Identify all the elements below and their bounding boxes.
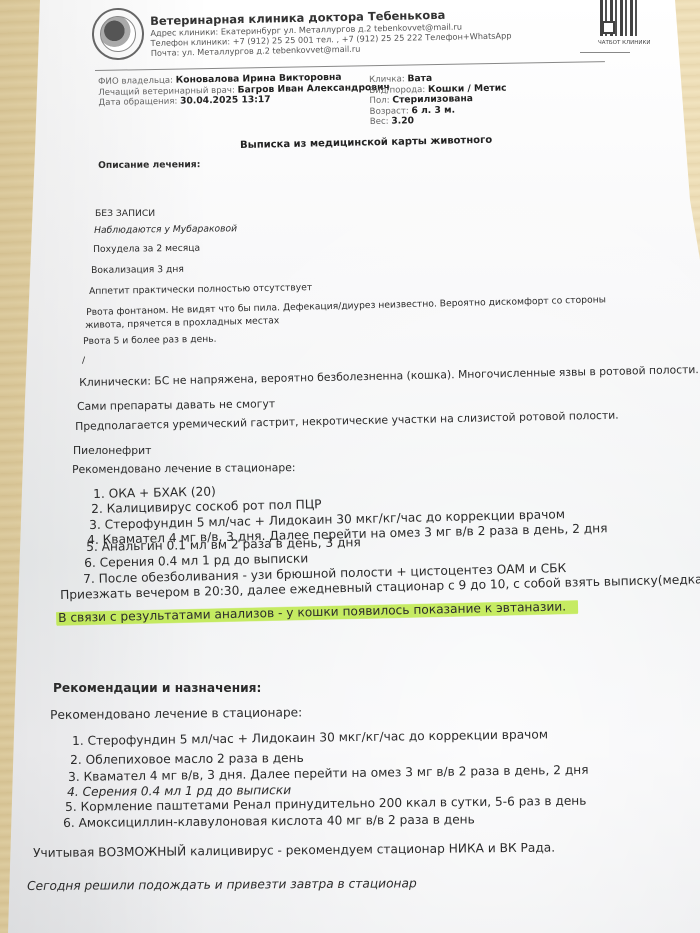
qr-caption: ЧАТБОТ КЛИНИКИ <box>598 40 651 46</box>
recommendation-item: 1. Стерофундин 5 мл/час + Лидокаин 30 мк… <box>72 727 548 748</box>
document-title: Выписка из медицинской карты животного <box>240 135 492 151</box>
highlighted-text: В связи с результатами анализов - у кошк… <box>56 598 578 627</box>
visit-date: 30.04.2025 13:17 <box>180 94 271 107</box>
divider <box>580 52 630 53</box>
recommendation-item: 4. Серения 0.4 мл 1 рд до выписки <box>67 783 291 799</box>
qr-code-icon <box>600 0 638 36</box>
doctor-name: Багров Иван Александрович <box>237 81 389 95</box>
owner-label: ФИО владельца: <box>98 76 173 87</box>
pet-info: Кличка: Вата Вид/порода: Кошки / Метис П… <box>369 73 507 128</box>
treatment-line: живота, прячется в прохладных местах <box>85 315 279 331</box>
recommendations-intro: Рекомендовано лечение в стационаре: <box>50 705 302 722</box>
treatment-line: Аппетит практически полностью отсутствуе… <box>89 282 312 297</box>
treatment-line: / <box>82 355 85 366</box>
date-label: Дата обращения: <box>98 97 177 108</box>
treatment-line: Наблюдаются у Мубараковой <box>94 223 237 236</box>
final-note: Сегодня решили подождать и привезти завт… <box>27 876 417 893</box>
treatment-list-item: 1. ОКА + БХАК (20) <box>93 484 216 501</box>
treatment-line: Предполагается уремический гастрит, некр… <box>75 409 619 433</box>
recommendation-item: 6. Амоксициллин-клавулоновая кислота 40 … <box>63 812 475 830</box>
sex-label: Пол: <box>369 96 389 106</box>
euthanasia-note: В связи с результатами анализов - у кошк… <box>56 599 578 625</box>
clinic-logo-icon <box>90 6 146 62</box>
recommendation-item: 2. Облепиховое масло 2 раза в день <box>70 751 304 767</box>
treatment-line: БЕЗ ЗАПИСИ <box>95 208 155 219</box>
treatment-line: Рвота 5 и более раз в день. <box>83 334 217 347</box>
treatment-line: Вокализация 3 дня <box>91 264 184 276</box>
recommendations-heading: Рекомендации и назначения: <box>53 681 261 695</box>
clinic-header: Ветеринарная клиника доктора Тебенькова … <box>150 6 512 58</box>
treatment-line: Рвота фонтаном. Не видят что бы пила. Де… <box>86 294 606 318</box>
header-divider <box>95 61 605 71</box>
age: 6 л. 3 м. <box>411 104 455 116</box>
calicivirus-note: Учитывая ВОЗМОЖНЫЙ калицивирус - рекомен… <box>33 841 555 860</box>
pet-name-label: Кличка: <box>369 74 405 85</box>
document: Ветеринарная клиника доктора Тебенькова … <box>0 0 700 933</box>
treatment-line: Пиелонефрит <box>73 444 151 457</box>
treatment-line: Сами препараты давать не смогут <box>77 397 275 413</box>
weight-label: Вес: <box>370 117 389 127</box>
owner-info: ФИО владельца: Коновалова Ирина Викторов… <box>98 72 390 109</box>
weight: 3.20 <box>391 115 414 126</box>
treatment-heading: Описание лечения: <box>98 159 200 171</box>
treatment-line: Рекомендовано лечение в стационаре: <box>72 461 296 476</box>
treatment-line: Клинически: БС не напряжена, вероятно бе… <box>79 363 699 389</box>
treatment-line: Похудела за 2 месяца <box>93 243 200 255</box>
